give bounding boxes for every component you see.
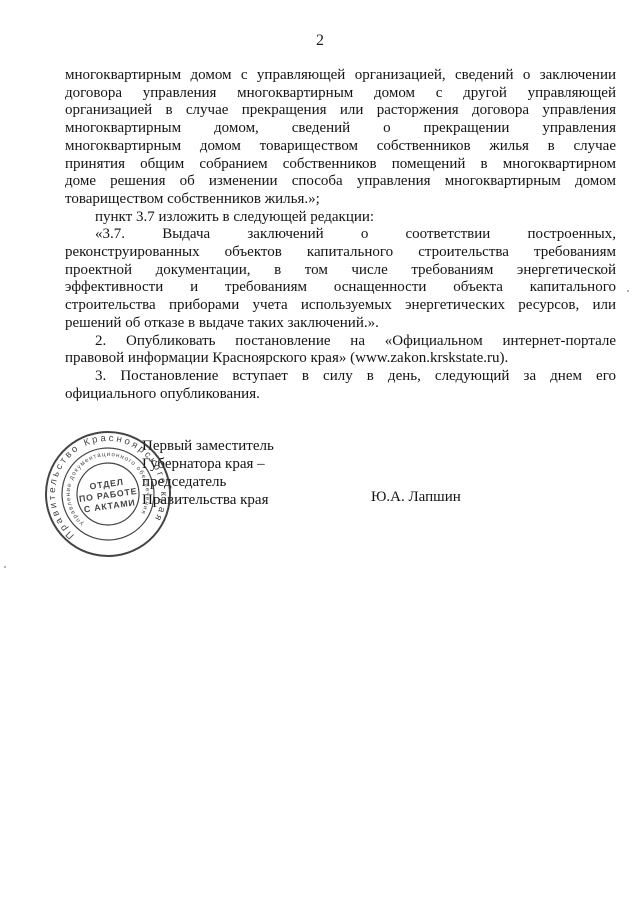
text-line: эффективности и требованиям оснащенности…	[65, 279, 616, 297]
signature-title-line: Губернатора края –	[142, 455, 382, 473]
text-line: пункт 3.7 изложить в следующей редакции:	[65, 209, 616, 227]
text-line: многоквартирным домом товариществом собс…	[65, 138, 616, 156]
text-line: официального опубликования.	[65, 386, 616, 404]
text-line: организацией в случае прекращения или ра…	[65, 102, 616, 120]
official-stamp: Правительство Красноярского края управле…	[33, 419, 182, 568]
page-number: 2	[0, 32, 640, 50]
text-line: проектной документации, в том числе треб…	[65, 262, 616, 280]
text-line: принятия общим собранием собственников п…	[65, 156, 616, 174]
text-line: правовой информации Красноярского края» …	[65, 350, 616, 368]
text-line: строительства приборами учета используем…	[65, 297, 616, 315]
text-line: товариществом собственников жилья.»;	[65, 191, 616, 209]
signature-title-line: председатель	[142, 473, 382, 491]
text-line: 3. Постановление вступает в силу в день,…	[65, 368, 616, 386]
text-line: 2. Опубликовать постановление на «Официа…	[65, 333, 616, 351]
text-line: решений об отказе в выдаче таких заключе…	[65, 315, 616, 333]
text-line: реконструированных объектов капитального…	[65, 244, 616, 262]
signatory-name: Ю.А. Лапшин	[371, 489, 461, 506]
document-page: 2 многоквартирным домом с управляющей ор…	[0, 0, 640, 905]
scan-speck	[627, 290, 629, 292]
signature-title-line: Первый заместитель	[142, 437, 382, 455]
document-body: многоквартирным домом с управляющей орга…	[65, 67, 616, 403]
text-line: доме решения об изменении способа управл…	[65, 173, 616, 191]
text-line: многоквартирным домом, сведений о прекра…	[65, 120, 616, 138]
scan-speck	[4, 566, 6, 568]
scan-speck	[584, 105, 586, 107]
text-line: многоквартирным домом с управляющей орга…	[65, 67, 616, 85]
text-line: договора управления многоквартирным домо…	[65, 85, 616, 103]
signature-block: Первый заместитель Губернатора края – пр…	[142, 437, 382, 509]
text-line: «3.7. Выдача заключений о соответствии п…	[65, 226, 616, 244]
signature-title-line: Правительства края	[142, 491, 382, 509]
